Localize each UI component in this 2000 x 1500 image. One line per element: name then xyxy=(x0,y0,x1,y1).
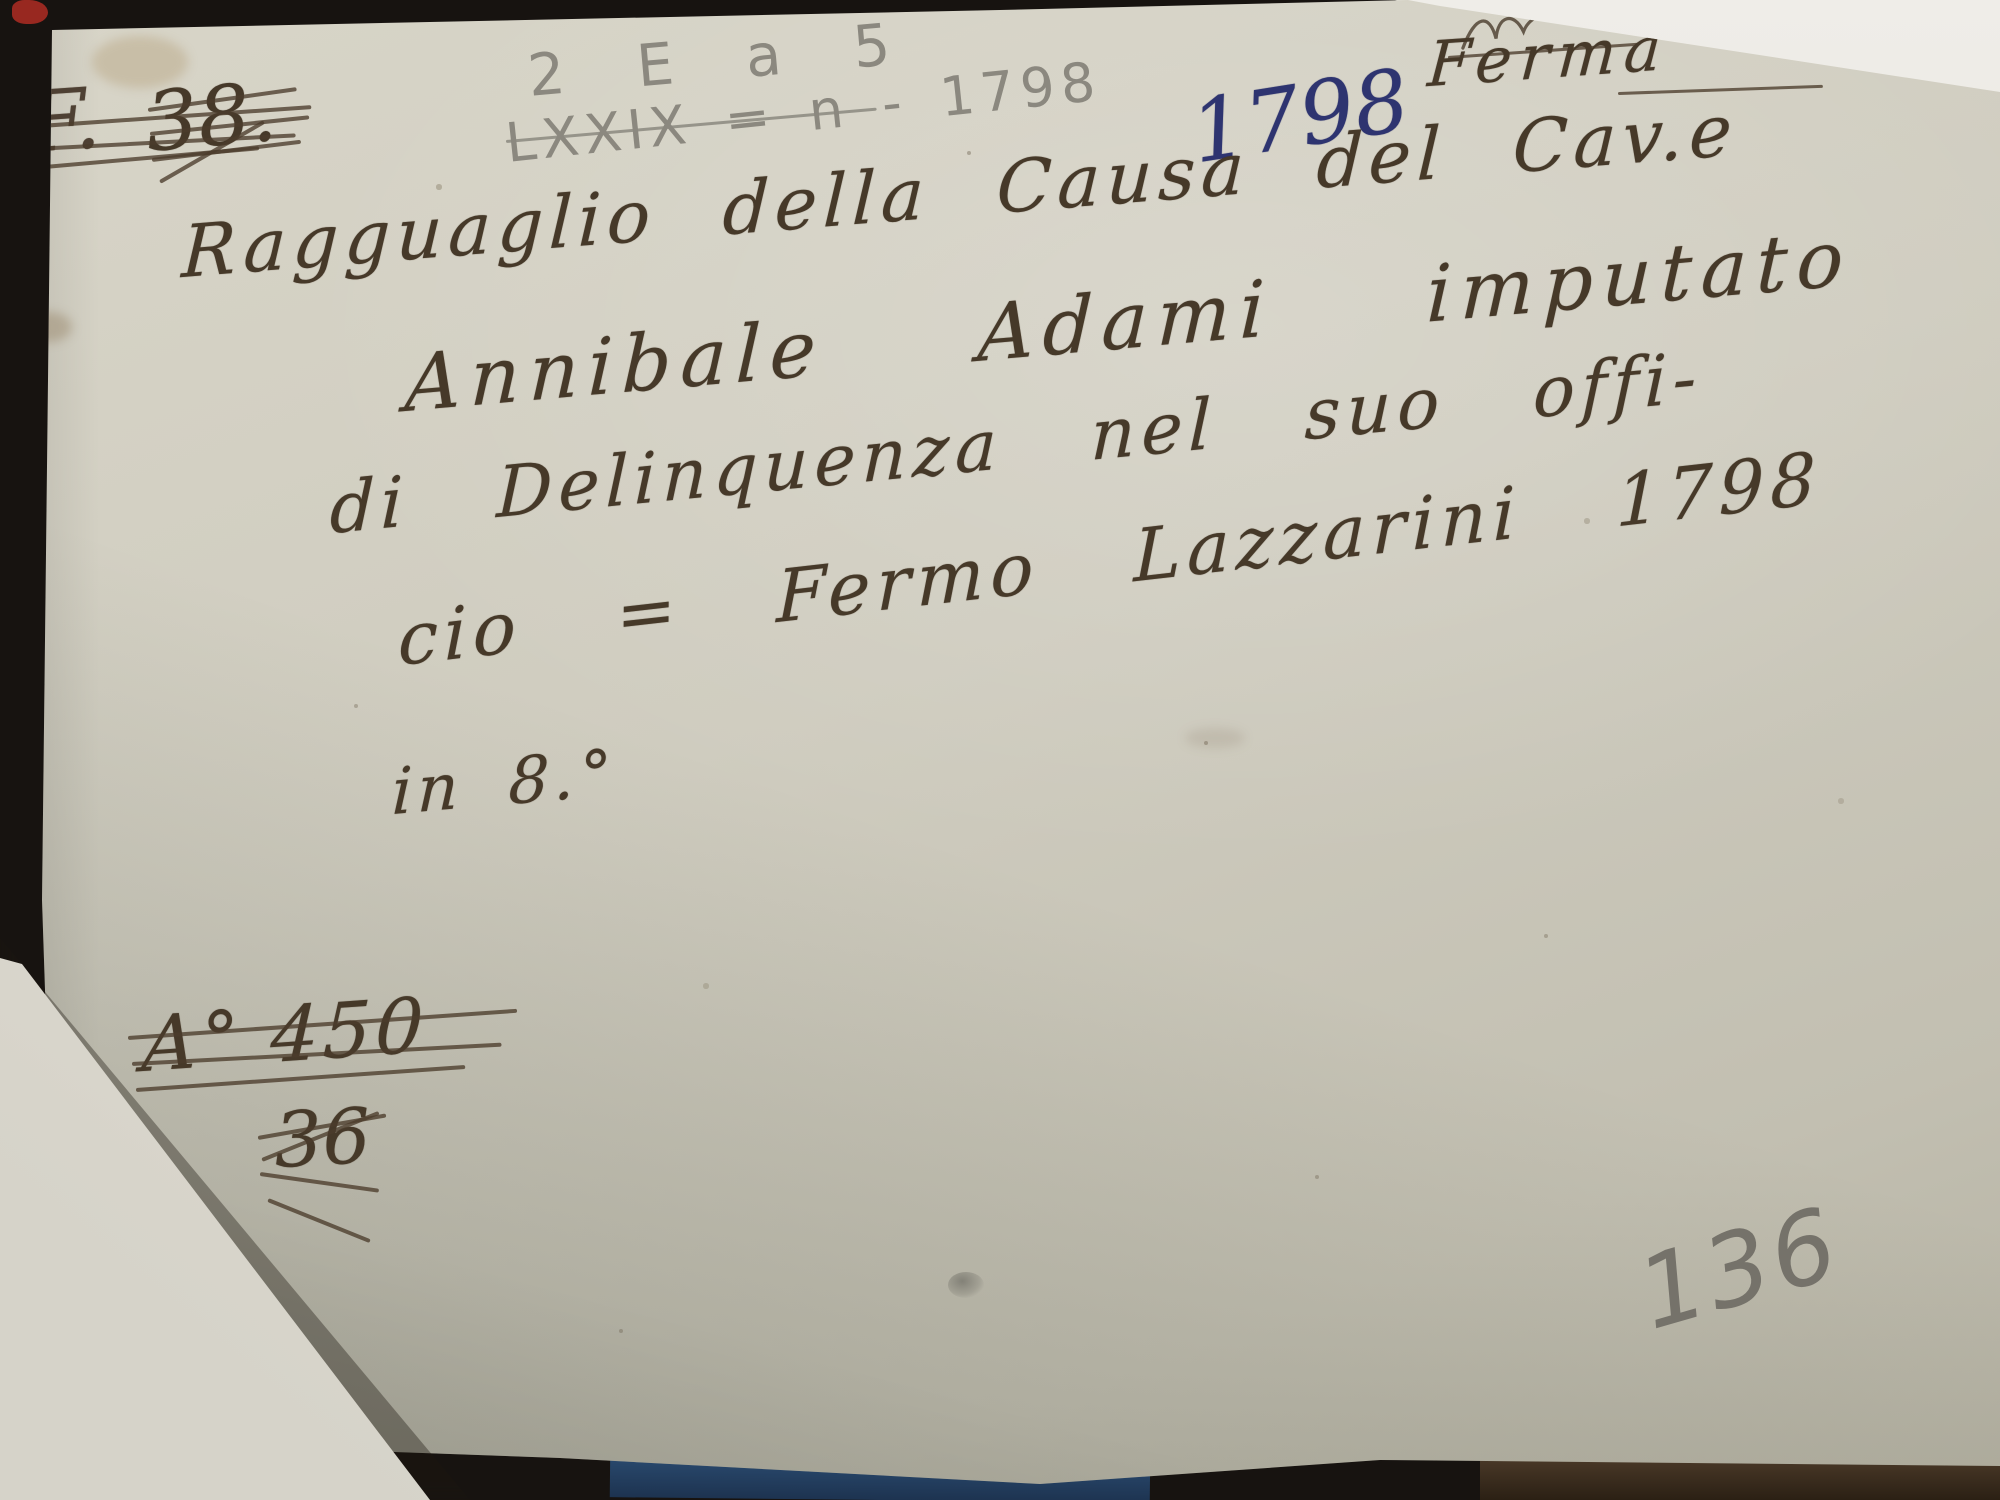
paper-stain xyxy=(1185,728,1245,748)
crossed-number-36: 36 xyxy=(272,1091,373,1185)
paper-sheet: F. 38. 2 E a 5 LXXIX = n - 1798 1798 Fer… xyxy=(0,0,2000,1500)
red-mark xyxy=(12,0,48,24)
strike-line xyxy=(267,1198,370,1243)
manuscript-photo: F. 38. 2 E a 5 LXXIX = n - 1798 1798 Fer… xyxy=(0,0,2000,1500)
paper-stain xyxy=(26,312,72,342)
handwriting-line-5: in 8.° xyxy=(391,736,618,830)
paper-dimple xyxy=(948,1272,984,1298)
paper-speckles xyxy=(0,0,2,2)
pencil-folio-number: 136 xyxy=(1626,1184,1853,1352)
